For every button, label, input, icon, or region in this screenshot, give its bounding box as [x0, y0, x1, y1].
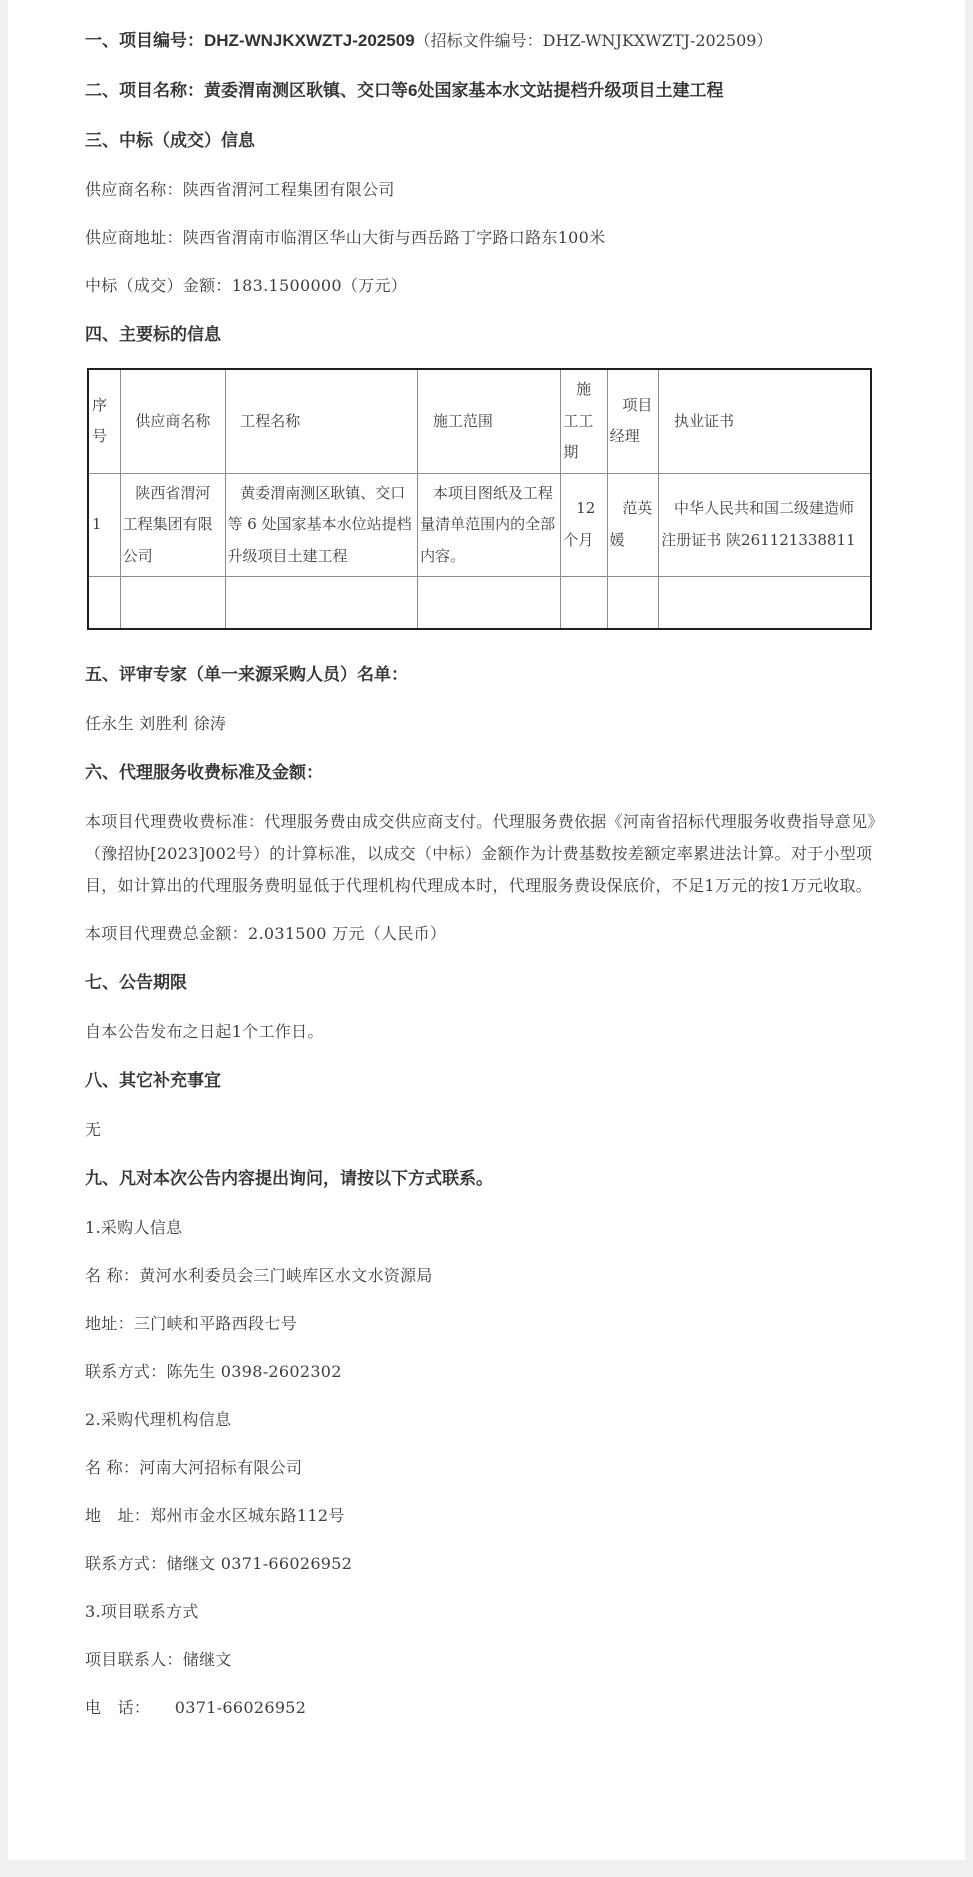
expert-names: 任永生 刘胜利 徐涛: [85, 708, 895, 740]
project-contact-title: 3.项目联系方式: [85, 1596, 895, 1628]
tender-doc-number: （招标文件编号：DHZ-WNJKXWZTJ-202509）: [415, 31, 773, 50]
cell-project: 黄委渭南测区耿镇、交口等 6 处国家基本水位站提档升级项目土建工程: [225, 473, 418, 577]
project-number-bold: 一、项目编号：DHZ-WNJKXWZTJ-202509: [85, 31, 415, 50]
announcement-period-body: 自本公告发布之日起1个工作日。: [85, 1016, 895, 1048]
agency-info-title: 2.采购代理机构信息: [85, 1404, 895, 1436]
purchaser-info-title: 1.采购人信息: [85, 1212, 895, 1244]
agency-address: 地 址：郑州市金水区城东路112号: [85, 1500, 895, 1532]
section-experts-heading: 五、评审专家（单一来源采购人员）名单：: [85, 658, 895, 692]
section-contact-heading: 九、凡对本次公告内容提出询问，请按以下方式联系。: [85, 1162, 895, 1196]
col-header-serial: 序号: [88, 369, 120, 473]
section-announcement-period-heading: 七、公告期限: [85, 966, 895, 1000]
cell-manager: 范英媛: [607, 473, 659, 577]
project-contact-person: 项目联系人：储继文: [85, 1644, 895, 1676]
purchaser-contact: 联系方式：陈先生 0398-2602302: [85, 1356, 895, 1388]
col-header-project: 工程名称: [225, 369, 418, 473]
cell-empty: [659, 577, 871, 629]
cell-empty: [88, 577, 120, 629]
agency-name: 名 称：河南大河招标有限公司: [85, 1452, 895, 1484]
section-project-name-heading: 二、项目名称：黄委渭南测区耿镇、交口等6处国家基本水文站提档升级项目土建工程: [85, 74, 895, 108]
cell-empty: [418, 577, 561, 629]
cell-duration: 12个月: [561, 473, 607, 577]
other-matters-body: 无: [85, 1114, 895, 1146]
table-header-row: 序号 供应商名称 工程名称 施工范围 施工工期 项目经理 执业证书: [88, 369, 871, 473]
section-award-info-heading: 三、中标（成交）信息: [85, 124, 895, 158]
cell-empty: [120, 577, 225, 629]
cell-empty: [607, 577, 659, 629]
col-header-scope: 施工范围: [418, 369, 561, 473]
cell-serial: 1: [88, 473, 120, 577]
cell-empty: [225, 577, 418, 629]
cell-supplier: 陕西省渭河工程集团有限公司: [120, 473, 225, 577]
section-other-matters-heading: 八、其它补充事宜: [85, 1064, 895, 1098]
table-row-empty: [88, 577, 871, 629]
col-header-supplier: 供应商名称: [120, 369, 225, 473]
agency-fee-total: 本项目代理费总金额：2.031500 万元（人民币）: [85, 918, 895, 950]
agency-contact: 联系方式：储继文 0371-66026952: [85, 1548, 895, 1580]
purchaser-name: 名 称：黄河水利委员会三门峡库区水文水资源局: [85, 1260, 895, 1292]
cell-certificate: 中华人民共和国二级建造师注册证书 陕261121338811: [659, 473, 871, 577]
main-bid-info-table: 序号 供应商名称 工程名称 施工范围 施工工期 项目经理 执业证书 1 陕西省渭…: [87, 368, 872, 630]
purchaser-address: 地址：三门峡和平路西段七号: [85, 1308, 895, 1340]
announcement-page: 一、项目编号：DHZ-WNJKXWZTJ-202509（招标文件编号：DHZ-W…: [8, 0, 965, 1860]
supplier-name: 供应商名称：陕西省渭河工程集团有限公司: [85, 174, 895, 206]
col-header-duration: 施工工期: [561, 369, 607, 473]
col-header-certificate: 执业证书: [659, 369, 871, 473]
section-agency-fee-heading: 六、代理服务收费标准及金额：: [85, 756, 895, 790]
agency-fee-standard: 本项目代理费收费标准：代理服务费由成交供应商支付。代理服务费依据《河南省招标代理…: [85, 806, 895, 902]
cell-scope: 本项目图纸及工程量清单范围内的全部内容。: [418, 473, 561, 577]
table-row: 1 陕西省渭河工程集团有限公司 黄委渭南测区耿镇、交口等 6 处国家基本水位站提…: [88, 473, 871, 577]
supplier-address: 供应商地址：陕西省渭南市临渭区华山大街与西岳路丁字路口路东100米: [85, 222, 895, 254]
section-main-subject-heading: 四、主要标的信息: [85, 318, 895, 352]
col-header-manager: 项目经理: [607, 369, 659, 473]
cell-empty: [561, 577, 607, 629]
project-contact-phone: 电 话： 0371-66026952: [85, 1692, 895, 1724]
award-amount: 中标（成交）金额：183.1500000（万元）: [85, 270, 895, 302]
section-project-number: 一、项目编号：DHZ-WNJKXWZTJ-202509（招标文件编号：DHZ-W…: [85, 24, 895, 58]
